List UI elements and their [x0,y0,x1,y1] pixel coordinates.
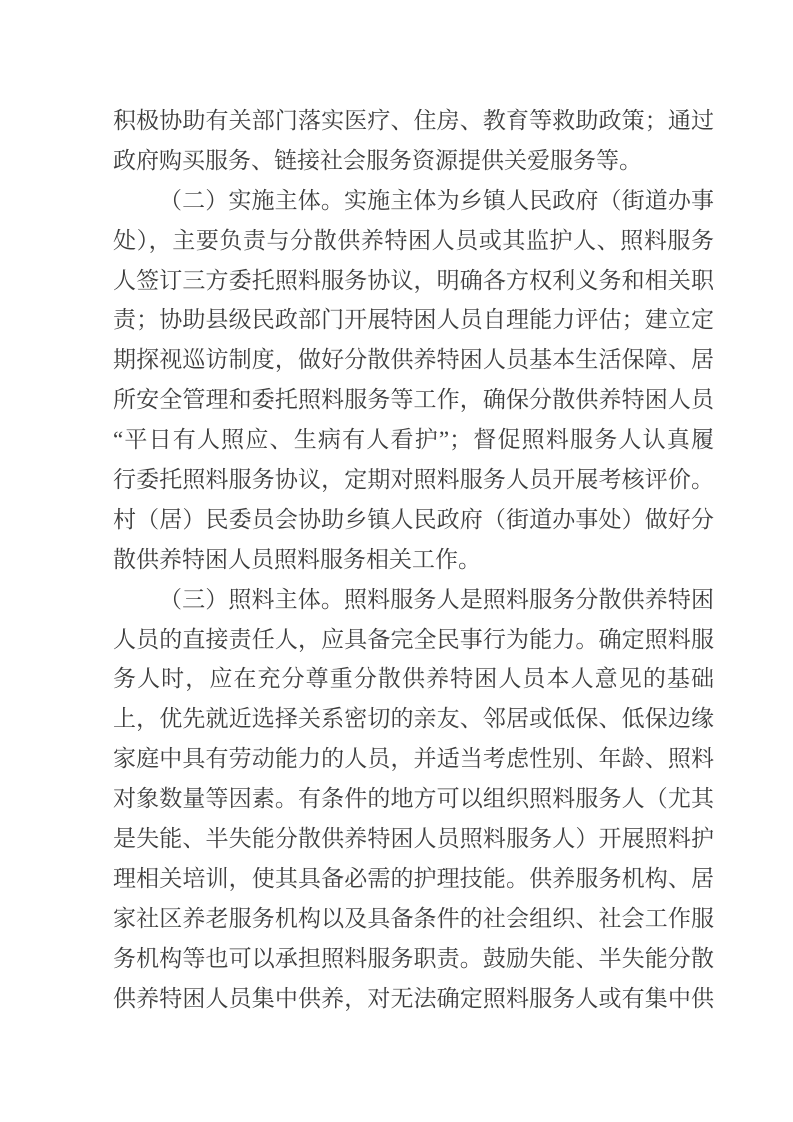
text-line: 务机构等也可以承担照料服务职责。鼓励失能、半失能分散 [113,939,714,979]
text-line: “平日有人照应、生病有人看护”；督促照料服务人认真履 [113,420,714,460]
body-text: 积极协助有关部门落实医疗、住房、教育等救助政策；通过政府购买服务、链接社会服务资… [113,101,714,1018]
text-line: 责；协助县级民政部门开展特困人员自理能力评估；建立定 [113,300,714,340]
text-line: 积极协助有关部门落实医疗、住房、教育等救助政策；通过 [113,101,714,141]
paragraph-3: （三）照料主体。照料服务人是照料服务分散供养特困人员的直接责任人，应具备完全民事… [113,580,714,1019]
text-line: （三）照料主体。照料服务人是照料服务分散供养特困 [113,580,714,620]
text-line: 供养特困人员集中供养，对无法确定照料服务人或有集中供 [113,979,714,1019]
text-line: 村（居）民委员会协助乡镇人民政府（街道办事处）做好分 [113,500,714,540]
text-line: 人签订三方委托照料服务协议，明确各方权利义务和相关职 [113,261,714,301]
text-line: （二）实施主体。实施主体为乡镇人民政府（街道办事 [113,181,714,221]
text-line: 家社区养老服务机构以及具备条件的社会组织、社会工作服 [113,899,714,939]
text-line: 行委托照料服务协议，定期对照料服务人员开展考核评价。 [113,460,714,500]
text-line: 对象数量等因素。有条件的地方可以组织照料服务人（尤其 [113,779,714,819]
document-page: 积极协助有关部门落实医疗、住房、教育等救助政策；通过政府购买服务、链接社会服务资… [0,0,793,1122]
text-line: 散供养特困人员照料服务相关工作。 [113,540,714,580]
text-line: 政府购买服务、链接社会服务资源提供关爱服务等。 [113,141,714,181]
text-line: 所安全管理和委托照料服务等工作，确保分散供养特困人员 [113,380,714,420]
paragraph-1: 积极协助有关部门落实医疗、住房、教育等救助政策；通过政府购买服务、链接社会服务资… [113,101,714,181]
paragraph-2: （二）实施主体。实施主体为乡镇人民政府（街道办事处），主要负责与分散供养特困人员… [113,181,714,580]
text-line: 务人时，应在充分尊重分散供养特困人员本人意见的基础 [113,659,714,699]
text-line: 期探视巡访制度，做好分散供养特困人员基本生活保障、居 [113,340,714,380]
text-line: 家庭中具有劳动能力的人员，并适当考虑性别、年龄、照料 [113,739,714,779]
text-line: 处），主要负责与分散供养特困人员或其监护人、照料服务 [113,221,714,261]
text-line: 上，优先就近选择关系密切的亲友、邻居或低保、低保边缘 [113,699,714,739]
text-line: 人员的直接责任人，应具备完全民事行为能力。确定照料服 [113,620,714,660]
text-line: 是失能、半失能分散供养特困人员照料服务人）开展照料护 [113,819,714,859]
text-line: 理相关培训，使其具备必需的护理技能。供养服务机构、居 [113,859,714,899]
